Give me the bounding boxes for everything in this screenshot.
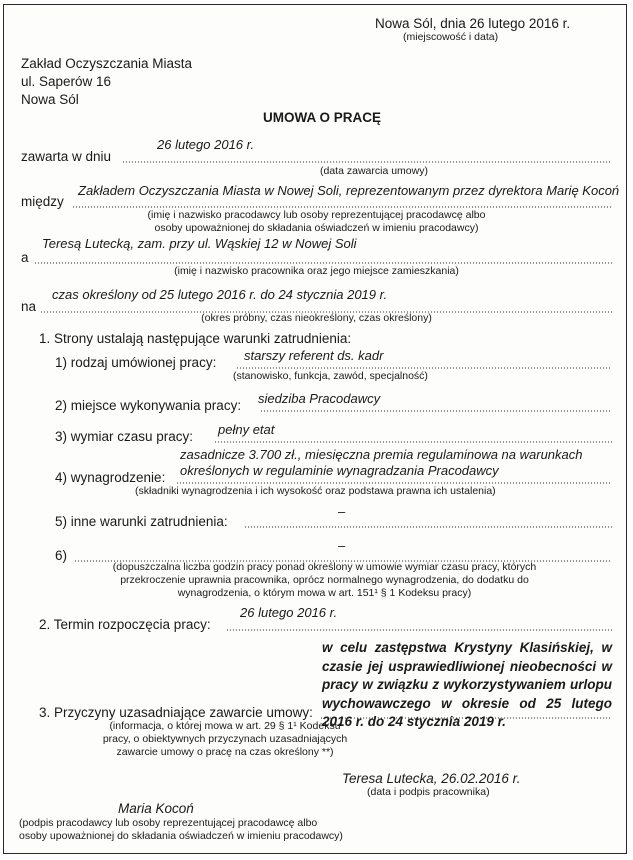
reasons-caption-3: zawarcie umowy o pracę na czas określony… [100, 746, 350, 759]
place-date-caption: (miejscowość i data) [403, 31, 498, 44]
employer-party-value[interactable]: Zakładem Oczyszczania Miasta w Nowej Sol… [78, 183, 619, 198]
start-date-value[interactable]: 26 lutego 2016 r. [240, 605, 337, 620]
employee-signature[interactable]: Teresa Lutecka, 26.02.2016 r. [342, 771, 520, 786]
term-value[interactable]: czas określony od 25 lutego 2016 r. do 2… [52, 287, 387, 302]
start-date-label: 2. Termin rozpoczęcia pracy: [39, 617, 211, 632]
overtime-caption-2: przekroczenie uprawnia pracownika, opróc… [8, 574, 633, 587]
work-place-line [260, 410, 612, 412]
concluded-date-line [122, 161, 610, 163]
employer-street: ul. Saperów 16 [21, 74, 111, 89]
employer-signature-caption-1: (podpis pracodawcy lub osoby reprezentuj… [19, 817, 317, 830]
salary-caption: (składniki wynagrodzenia i ich wysokość … [135, 485, 496, 498]
salary-value-1[interactable]: zasadnicze 3.700 zł., miesięczna premia … [180, 447, 583, 462]
employee-party-caption: (imię i nazwisko pracownika oraz jego mi… [0, 265, 633, 278]
salary-label: 4) wynagrodzenie: [55, 470, 165, 485]
work-type-value[interactable]: starszy referent ds. kadr [244, 348, 383, 363]
between-label: między [21, 194, 64, 209]
start-date-line [226, 629, 612, 631]
salary-line [176, 482, 612, 484]
overtime-caption-3: wynagrodzenia, o którym mowa w art. 151¹… [8, 587, 633, 600]
overtime-value[interactable]: – [338, 538, 345, 553]
employee-signature-caption: (data i podpis pracownika) [367, 786, 490, 799]
reasons-caption-1: (informacja, o której mowa w art. 29 § 1… [100, 720, 350, 733]
other-conditions-line [244, 526, 612, 528]
employer-signature-caption-2: osoby upoważnionej do składania oświadcz… [19, 830, 343, 843]
work-type-caption: (stanowisko, funkcja, zawód, specjalność… [233, 370, 428, 383]
employer-name: Zakład Oczyszczania Miasta [21, 56, 192, 71]
term-caption: (okres próbny, czas nieokreślony, czas o… [0, 312, 633, 325]
working-time-line [214, 441, 612, 443]
work-type-line [236, 367, 612, 369]
section1-heading: 1. Strony ustalają następujące warunki z… [39, 331, 351, 346]
concluded-label: zawarta w dniu [21, 149, 111, 164]
reasons-label: 3. Przyczyny uzasadniające zawarcie umow… [39, 705, 313, 720]
working-time-label: 3) wymiar czasu pracy: [55, 429, 193, 444]
employee-party-value[interactable]: Teresą Lutecką, zam. przy ul. Wąskiej 12… [42, 236, 357, 251]
reasons-caption-2: pracy, o obiektywnych przyczynach uzasad… [100, 733, 350, 746]
employer-city: Nowa Sól [21, 92, 79, 107]
employer-party-caption-1: (imię i nazwisko pracodawcy lub osoby re… [0, 209, 633, 222]
work-place-label: 2) miejsce wykonywania pracy: [55, 398, 241, 413]
place-date: Nowa Sól, dnia 26 lutego 2016 r. [375, 16, 570, 31]
overtime-caption-1: (dopuszczalna liczba godzin pracy ponad … [8, 561, 633, 574]
concluded-caption: (data zawarcia umowy) [320, 165, 428, 178]
work-type-label: 1) rodzaj umówionej pracy: [55, 355, 216, 370]
working-time-value[interactable]: pełny etat [218, 422, 274, 437]
other-conditions-value[interactable]: – [338, 504, 345, 519]
work-place-value[interactable]: siedziba Pracodawcy [258, 391, 380, 406]
reasons-line [320, 717, 612, 719]
document-title: UMOWA O PRACĘ [263, 110, 381, 125]
other-conditions-label: 5) inne warunki zatrudnienia: [55, 514, 228, 529]
employer-party-line [72, 206, 612, 208]
salary-value-2[interactable]: określonych w regulaminie wynagradzania … [180, 463, 499, 478]
concluded-date-value[interactable]: 26 lutego 2016 r. [157, 137, 254, 152]
employee-party-line [34, 262, 612, 264]
employer-party-caption-2: osoby upoważnionej do składania oświadcz… [0, 222, 633, 235]
employer-signature[interactable]: Maria Kocoń [118, 801, 194, 816]
and-label: a [21, 250, 29, 265]
